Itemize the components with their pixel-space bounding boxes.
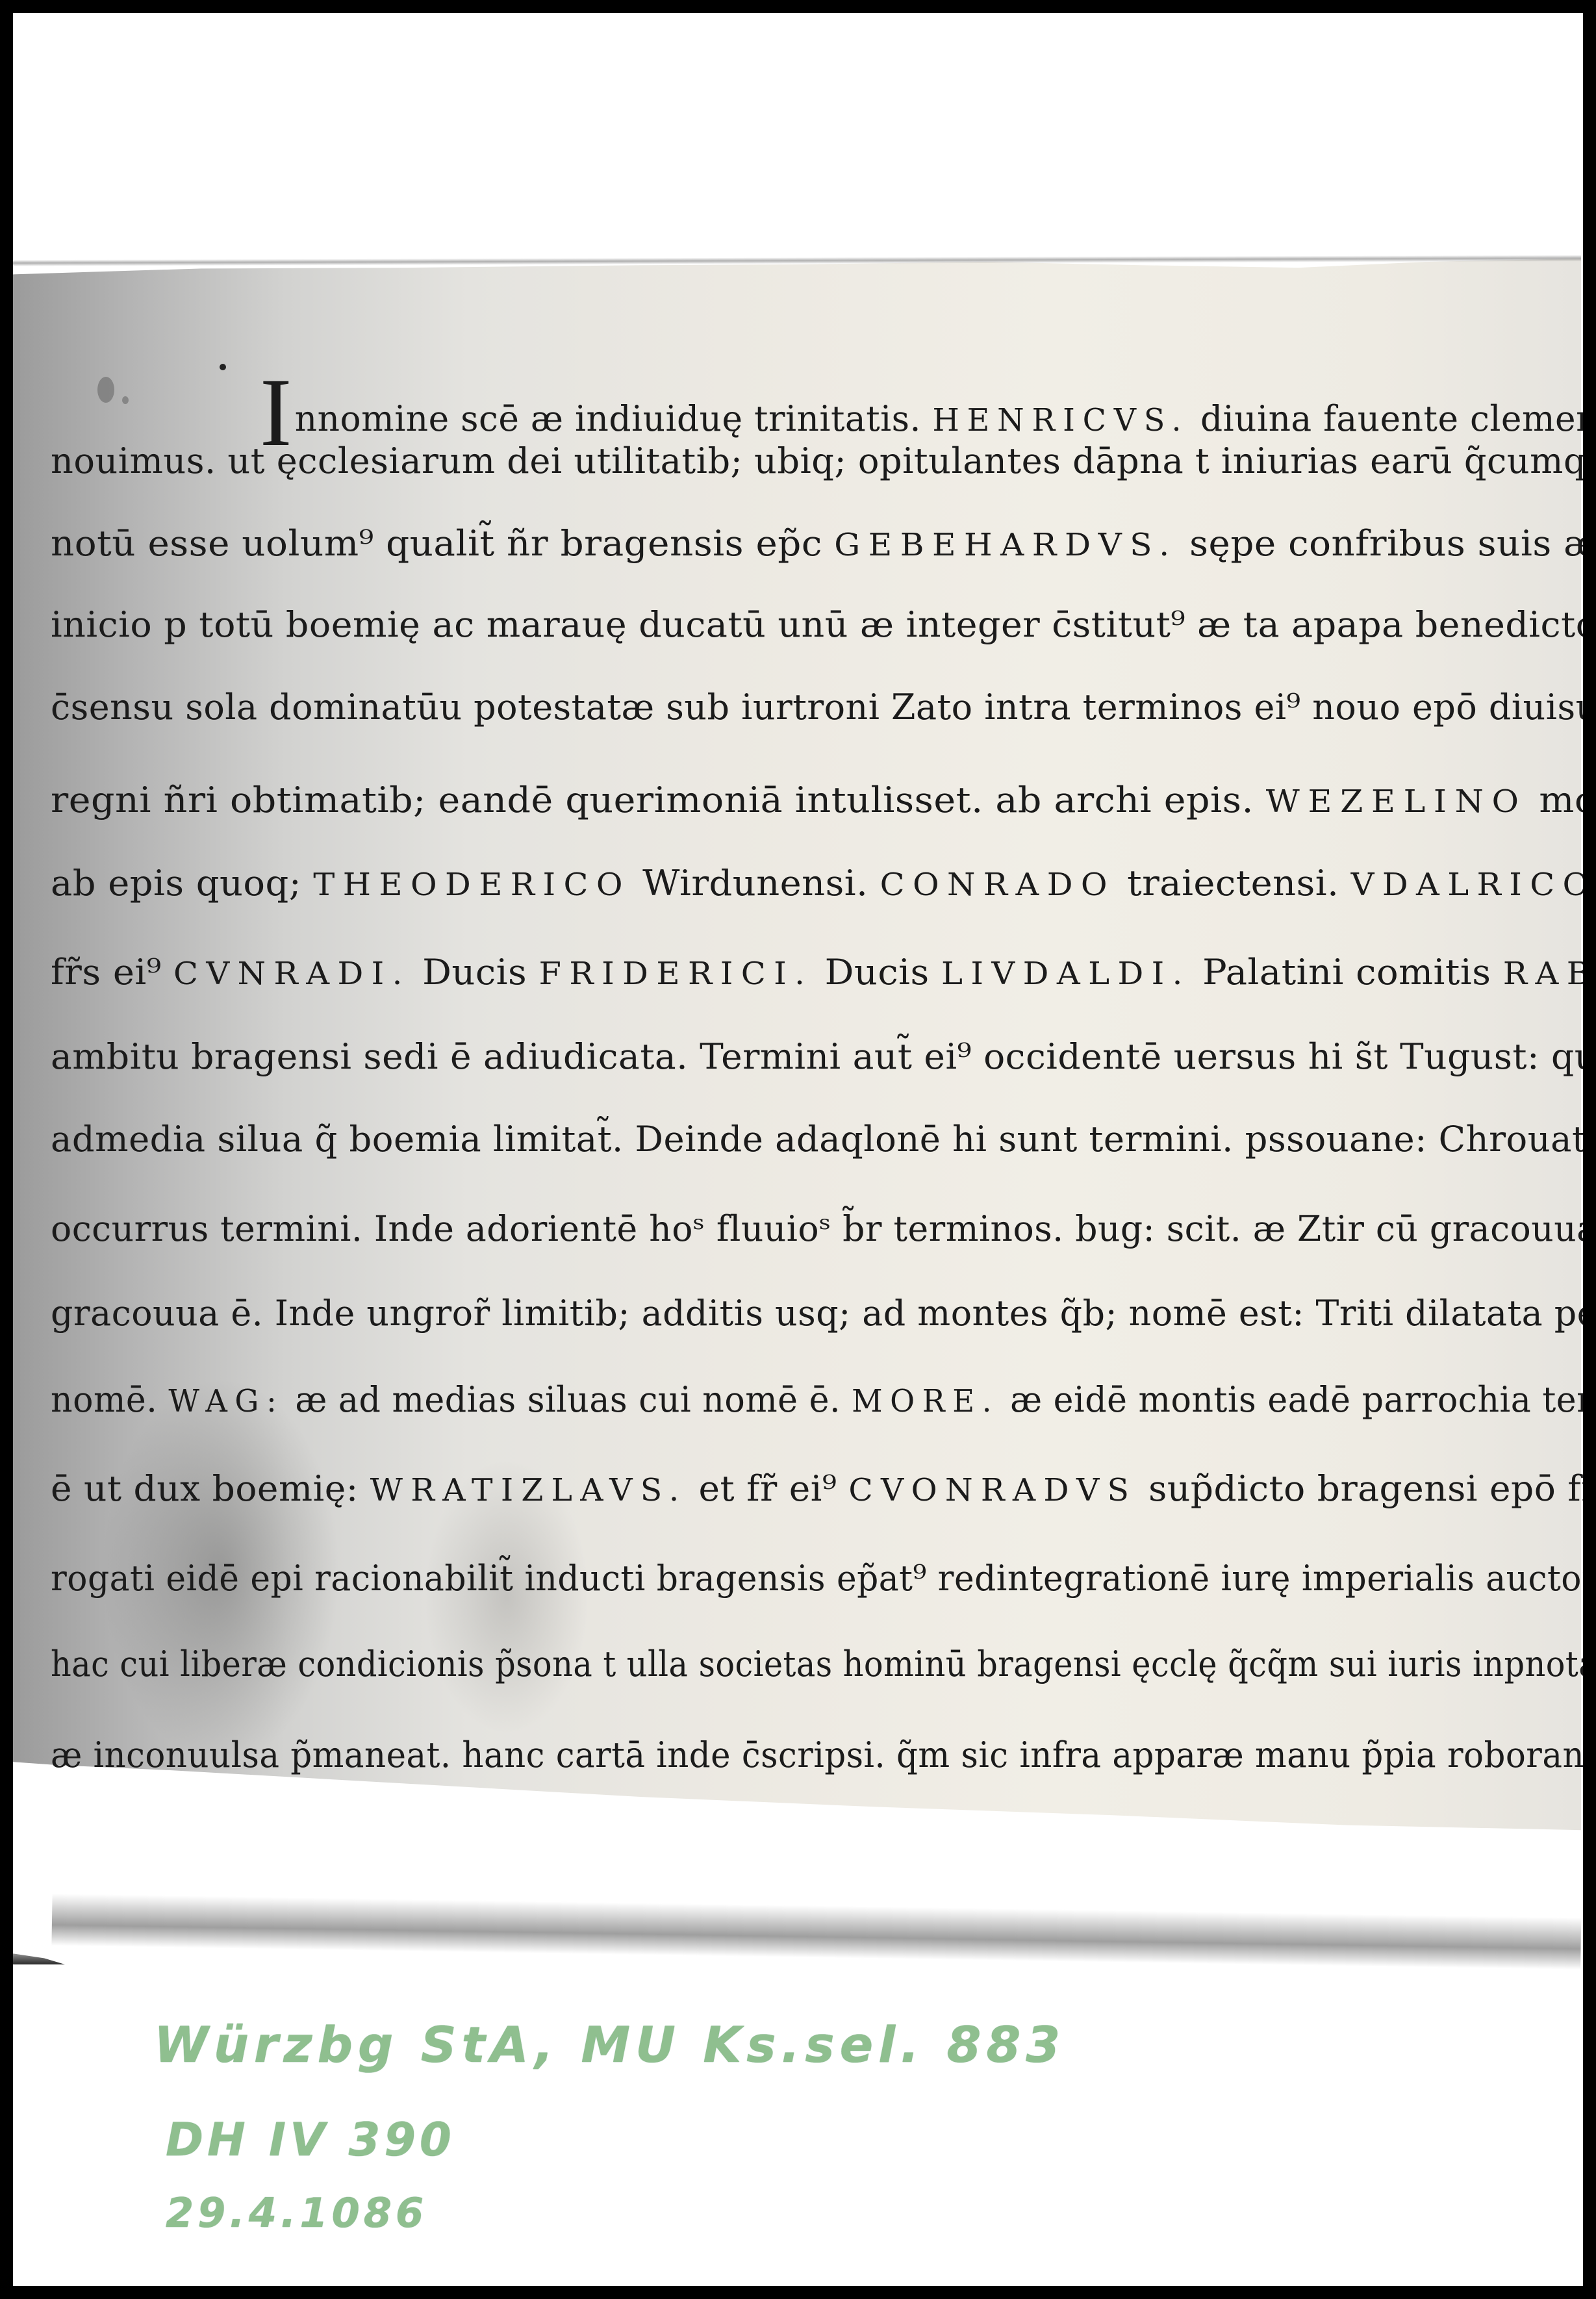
archival-note-signature: Würzbg StA, MU Ks.sel. 883 <box>154 2016 1065 2074</box>
photo-mount: Innomine scē æ indiuiduę trinitatis. HEN… <box>13 13 1583 2286</box>
charter-line-9: ambitu bragensi sedi ē adiudicata. Termi… <box>51 1036 1583 1077</box>
line-text: occurrus termini. Inde adorientē hoˢ flu… <box>51 1208 1583 1249</box>
line-text: ē ut dux boemię: <box>51 1468 359 1509</box>
name-wag: WAG: <box>168 1383 284 1419</box>
line-text-mid: et fr̃ ei⁹ <box>698 1468 837 1509</box>
name-cunradi: CVNRADI. <box>173 956 411 992</box>
line-text: hac cui liberæ condicionis p̃sona t ulla… <box>51 1644 1583 1684</box>
line-text-mid: æ ad medias siluas cui nomē ē. <box>295 1379 841 1420</box>
charter-line-10: admedia silua q̃ boemia limitat̃. Deinde… <box>51 1119 1583 1160</box>
name-theoderico: THEODERICO <box>313 867 631 903</box>
name-gebehardus: GEBEHARDVS. <box>834 527 1177 563</box>
line-text: ambitu bragensi sedi ē adiudicata. Termi… <box>51 1036 1583 1077</box>
name-wezelino: WEZELINO <box>1266 783 1527 820</box>
line-text: nnomine scē æ indiuiduę trinitatis. <box>295 398 921 439</box>
charter-line-11: occurrus termini. Inde adorientē hoˢ flu… <box>51 1208 1583 1249</box>
charter-line-8: fr̃s ei⁹ CVNRADI. Ducis FRIDERICI. Ducis… <box>51 952 1583 993</box>
archival-note-date: 29.4.1086 <box>166 2189 427 2237</box>
line-text: æ inconuulsa p̃maneat. hanc cartā inde c… <box>51 1734 1583 1775</box>
charter-line-16: hac cui liberæ condicionis p̃sona t ulla… <box>51 1644 1583 1684</box>
charter-line-15: rogati eidē epi racionabilit̃ inducti br… <box>51 1558 1583 1599</box>
charter-text-block: Innomine scē æ indiuiduę trinitatis. HEN… <box>13 13 1581 1962</box>
line-text: admedia silua q̃ boemia limitat̃. Deinde… <box>51 1119 1583 1160</box>
charter-line-14: ē ut dux boemię: WRATIZLAVS. et fr̃ ei⁹ … <box>51 1468 1583 1509</box>
name-more: MORE. <box>852 1383 999 1419</box>
line-text-mid: Ducis <box>825 952 930 993</box>
line-text-tail: diuina fauente clemen <box>1200 398 1583 439</box>
line-text-mid: traiectensi. <box>1127 863 1339 904</box>
charter-line-13: nomē. WAG: æ ad medias siluas cui nomē ē… <box>51 1379 1583 1420</box>
line-text: regni ñri obtimatib; eandē querimoniā i… <box>51 780 1254 820</box>
name-vdalrico: VDALRICO <box>1351 867 1583 903</box>
name-rab: RAB <box>1503 956 1583 992</box>
line-text: ab epis quoq; <box>51 863 301 904</box>
charter-line-4: inicio p totū boemię ac marauę ducatū un… <box>51 604 1583 645</box>
line-text: rogati eidē epi racionabilit̃ inducti br… <box>51 1558 1583 1599</box>
line-text-tail: sup̃dicto bragensi epō fr <box>1148 1468 1583 1509</box>
line-text: inicio p totū boemię ac marauę ducatū un… <box>51 604 1583 645</box>
line-text-mid: Palatini comitis <box>1202 952 1491 993</box>
charter-line-7: ab epis quoq; THEODERICO Wirdunensi. CON… <box>51 863 1583 904</box>
line-text-tail: mo <box>1539 780 1583 820</box>
line-text: c̄sensu sola dominatūu potestatæ sub iur… <box>51 687 1583 728</box>
line-text: fr̃s ei⁹ <box>51 952 162 993</box>
line-text-tail: sępe confribus suis æ <box>1189 523 1583 564</box>
charter-line-2: nouimus. ut ęcclesiarum dei utilitatib; … <box>51 440 1583 481</box>
charter-line-12: gracouua ē. Inde ungror̃ limitib; additi… <box>51 1293 1583 1334</box>
charter-line-17: æ inconuulsa p̃maneat. hanc cartā inde c… <box>51 1734 1583 1775</box>
charter-line-3: notū esse uolum⁹ qualit̃ ñr bragensis e… <box>51 523 1583 564</box>
line-text-mid: Wirdunensi. <box>642 863 868 904</box>
name-friderici: FRIDERICI. <box>539 956 813 992</box>
charter-line-6: regni ñri obtimatib; eandē querimoniā i… <box>51 780 1583 820</box>
line-text: nouimus. ut ęcclesiarum dei utilitatib; … <box>51 440 1583 481</box>
name-cuonradus: CVONRADVS <box>848 1472 1137 1508</box>
line-text: notū esse uolum⁹ qualit̃ ñr bragensis e… <box>51 523 822 564</box>
line-text-mid: Ducis <box>422 952 527 993</box>
name-wratizlaus: WRATIZLAVS. <box>370 1472 687 1508</box>
name-conrado: CONRADO <box>880 867 1115 903</box>
name-henricus: HENRICVS. <box>932 402 1189 438</box>
line-text-tail: æ eidē montis eadē parrochia ten <box>1010 1379 1583 1420</box>
line-text: nomē. <box>51 1379 157 1420</box>
charter-line-5: c̄sensu sola dominatūu potestatæ sub iur… <box>51 687 1583 728</box>
line-text: gracouua ē. Inde ungror̃ limitib; additi… <box>51 1293 1583 1334</box>
archival-note-edition: DH IV 390 <box>166 2113 455 2166</box>
name-liudaldi: LIVDALDI. <box>941 956 1191 992</box>
